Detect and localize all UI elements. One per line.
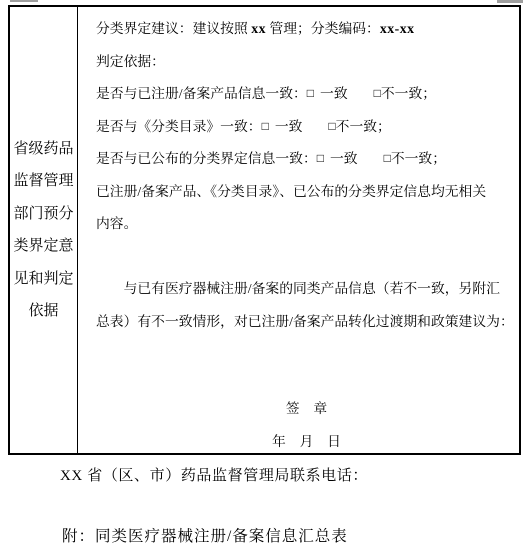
suggestion-mid: 管理；分类编码： (266, 21, 380, 36)
classification-opinion-table: 省级药品 监督管理 部门预分 类界定意 见和判定 依据 分类界定建议：建议按照 … (8, 5, 521, 455)
row-header-line: 见和判定 (13, 263, 73, 296)
opinion-content-cell: 分类界定建议：建议按照 xx 管理；分类编码：xx-xx 判定依据： 是否与已注… (78, 7, 519, 453)
classification-suggestion-line: 分类界定建议：建议按照 xx 管理；分类编码：xx-xx (96, 13, 517, 46)
check-option-label: 一致 (330, 151, 358, 166)
signature-line: 签 章 (96, 393, 517, 426)
blank-line (96, 241, 517, 274)
attachment-note-line: 附：同类医疗器械注册/备案信息汇总表 (62, 524, 348, 546)
transition-policy-line1: 与已有医疗器械注册/备案的同类产品信息（若不一致，另附汇 (96, 273, 517, 306)
consistency-check-row-catalog: 是否与《分类目录》一致：□一致□不一致； (96, 111, 517, 144)
signature-block: 签 章 年 月 日 (96, 393, 517, 453)
check-option-label: 不一致； (381, 86, 436, 101)
consistency-check-row-published: 是否与已公布的分类界定信息一致：□一致□不一致； (96, 143, 517, 176)
suggestion-prefix: 分类界定建议：建议按照 (96, 21, 251, 36)
check-label: 是否与《分类目录》一致： (96, 119, 262, 134)
judgment-basis-title: 判定依据： (96, 46, 517, 79)
contact-phone-line: XX 省（区、市）药品监督管理局联系电话： (60, 464, 368, 485)
check-option-label: 一致 (320, 86, 348, 101)
checkbox-consistent-icon[interactable]: □ (307, 77, 314, 110)
row-header-line: 依据 (28, 295, 58, 328)
transition-policy-line2: 总表）有不一致情形，对已注册/备案产品转化过渡期和政策建议为： (96, 306, 517, 339)
checkbox-consistent-icon[interactable]: □ (262, 110, 269, 143)
row-header-provincial-opinion: 省级药品 监督管理 部门预分 类界定意 见和判定 依据 (10, 7, 78, 453)
check-label: 是否与已注册/备案产品信息一致： (96, 86, 307, 101)
checkbox-inconsistent-icon[interactable]: □ (374, 77, 381, 110)
check-option-label: 不一致； (336, 119, 391, 134)
consistency-check-row-registered: 是否与已注册/备案产品信息一致：□一致□不一致； (96, 78, 517, 111)
check-option-label: 一致 (275, 119, 303, 134)
management-class-placeholder: xx (251, 21, 266, 36)
row-header-line: 监督管理 (13, 165, 73, 198)
check-label: 是否与已公布的分类界定信息一致： (96, 151, 317, 166)
row-header-line: 部门预分 (13, 198, 73, 231)
checkbox-inconsistent-icon[interactable]: □ (384, 142, 391, 175)
row-header-line: 类界定意 (13, 230, 73, 263)
check-option-label: 不一致； (391, 151, 446, 166)
checkbox-inconsistent-icon[interactable]: □ (328, 110, 335, 143)
checkbox-consistent-icon[interactable]: □ (317, 142, 324, 175)
top-edge-artifact-left (10, 0, 38, 2)
row-header-line: 省级药品 (13, 133, 73, 166)
top-edge-artifact-right (497, 0, 523, 3)
no-related-content-line1: 已注册/备案产品、《分类目录》、已公布的分类界定信息均无相关 (96, 176, 517, 209)
classification-code-placeholder: xx-xx (380, 21, 415, 36)
date-line: 年 月 日 (96, 426, 517, 454)
no-related-content-line2: 内容。 (96, 208, 517, 241)
